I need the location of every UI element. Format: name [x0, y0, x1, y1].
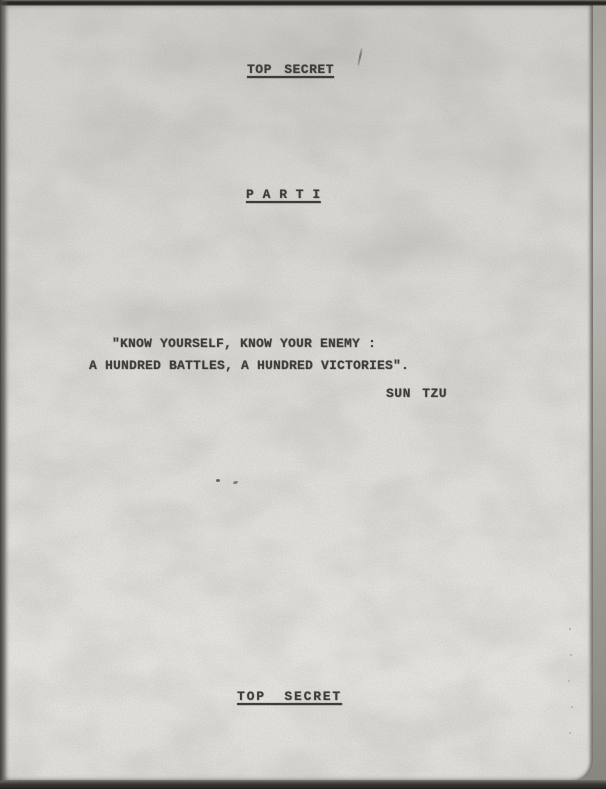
quote-line-2: A HUNDRED BATTLES, A HUNDRED VICTORIES".: [89, 358, 409, 373]
scan-edge-bottom: [0, 780, 606, 789]
classification-header: TOP SECRET: [247, 62, 334, 77]
scan-edge-left: [0, 0, 9, 781]
quote-line-1: "KNOW YOURSELF, KNOW YOUR ENEMY :: [112, 336, 376, 351]
classification-footer: TOP SECRET: [237, 689, 342, 704]
scan-edge-top: [0, 0, 606, 6]
part-title: P A R T I: [246, 187, 321, 202]
paper-sheet: [3, 3, 593, 781]
binding-dots: [569, 628, 571, 630]
ink-speck: [216, 479, 220, 482]
quote-attribution: SUN TZU: [386, 386, 447, 401]
scanned-document-page: TOP SECRET P A R T I "KNOW YOURSELF, KNO…: [0, 0, 606, 789]
